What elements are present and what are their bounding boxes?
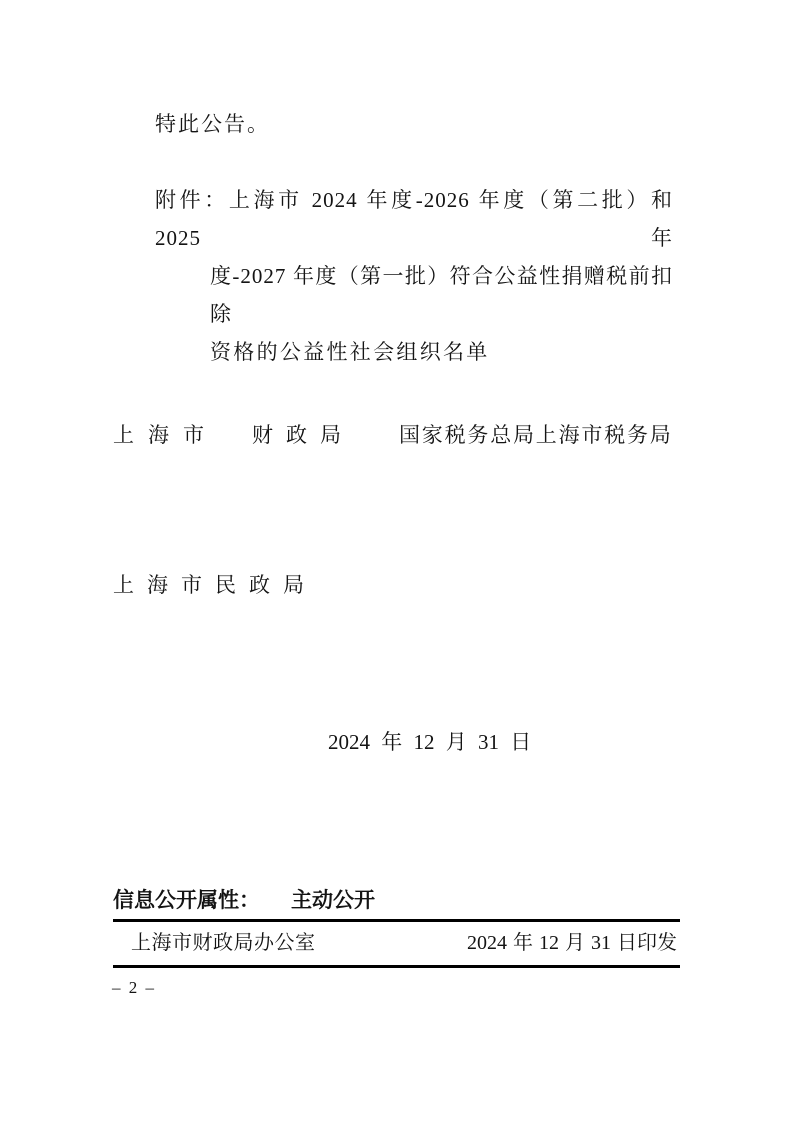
disclosure-label: 信息公开属性：: [113, 889, 260, 912]
footer-rule-top: [113, 919, 680, 922]
signature-finance-bureau-suffix: 财政局: [252, 423, 354, 447]
signature-tax-bureau: 国家税务总局上海市税务局: [399, 423, 673, 447]
page-number: – 2 –: [112, 978, 154, 998]
signature-civil-affairs-bureau: 上海市民政局: [113, 573, 317, 597]
attachment-title-line-3: 资格的公益性社会组织名单: [210, 333, 673, 371]
issuing-office: 上海市财政局办公室: [113, 931, 316, 955]
print-date: 2024 年 12 月 31 日印发: [467, 931, 680, 955]
issue-date: 2024 年 12 月 31 日: [328, 730, 531, 754]
attachment-title-line-2: 度-2027 年度（第一批）符合公益性捐赠税前扣除: [210, 257, 673, 333]
attachment-title-line-1: 上海市 2024 年度-2026 年度（第二批）和 2025 年: [155, 188, 673, 250]
disclosure-attribute: 信息公开属性：主动公开: [113, 889, 375, 913]
document-page: 特此公告。 附件：上海市 2024 年度-2026 年度（第二批）和 2025 …: [0, 0, 794, 1123]
disclosure-value: 主动公开: [291, 889, 375, 912]
closing-statement: 特此公告。: [155, 112, 270, 136]
attachment-block: 附件：上海市 2024 年度-2026 年度（第二批）和 2025 年 度-20…: [155, 181, 673, 371]
footer-rule-bottom: [113, 965, 680, 968]
signature-finance-bureau-prefix: 上海市: [113, 423, 218, 447]
attachment-label: 附件：: [155, 188, 229, 212]
attachment-line-1: 附件：上海市 2024 年度-2026 年度（第二批）和 2025 年: [155, 181, 673, 257]
colophon-row: 上海市财政局办公室 2024 年 12 月 31 日印发: [113, 931, 680, 955]
